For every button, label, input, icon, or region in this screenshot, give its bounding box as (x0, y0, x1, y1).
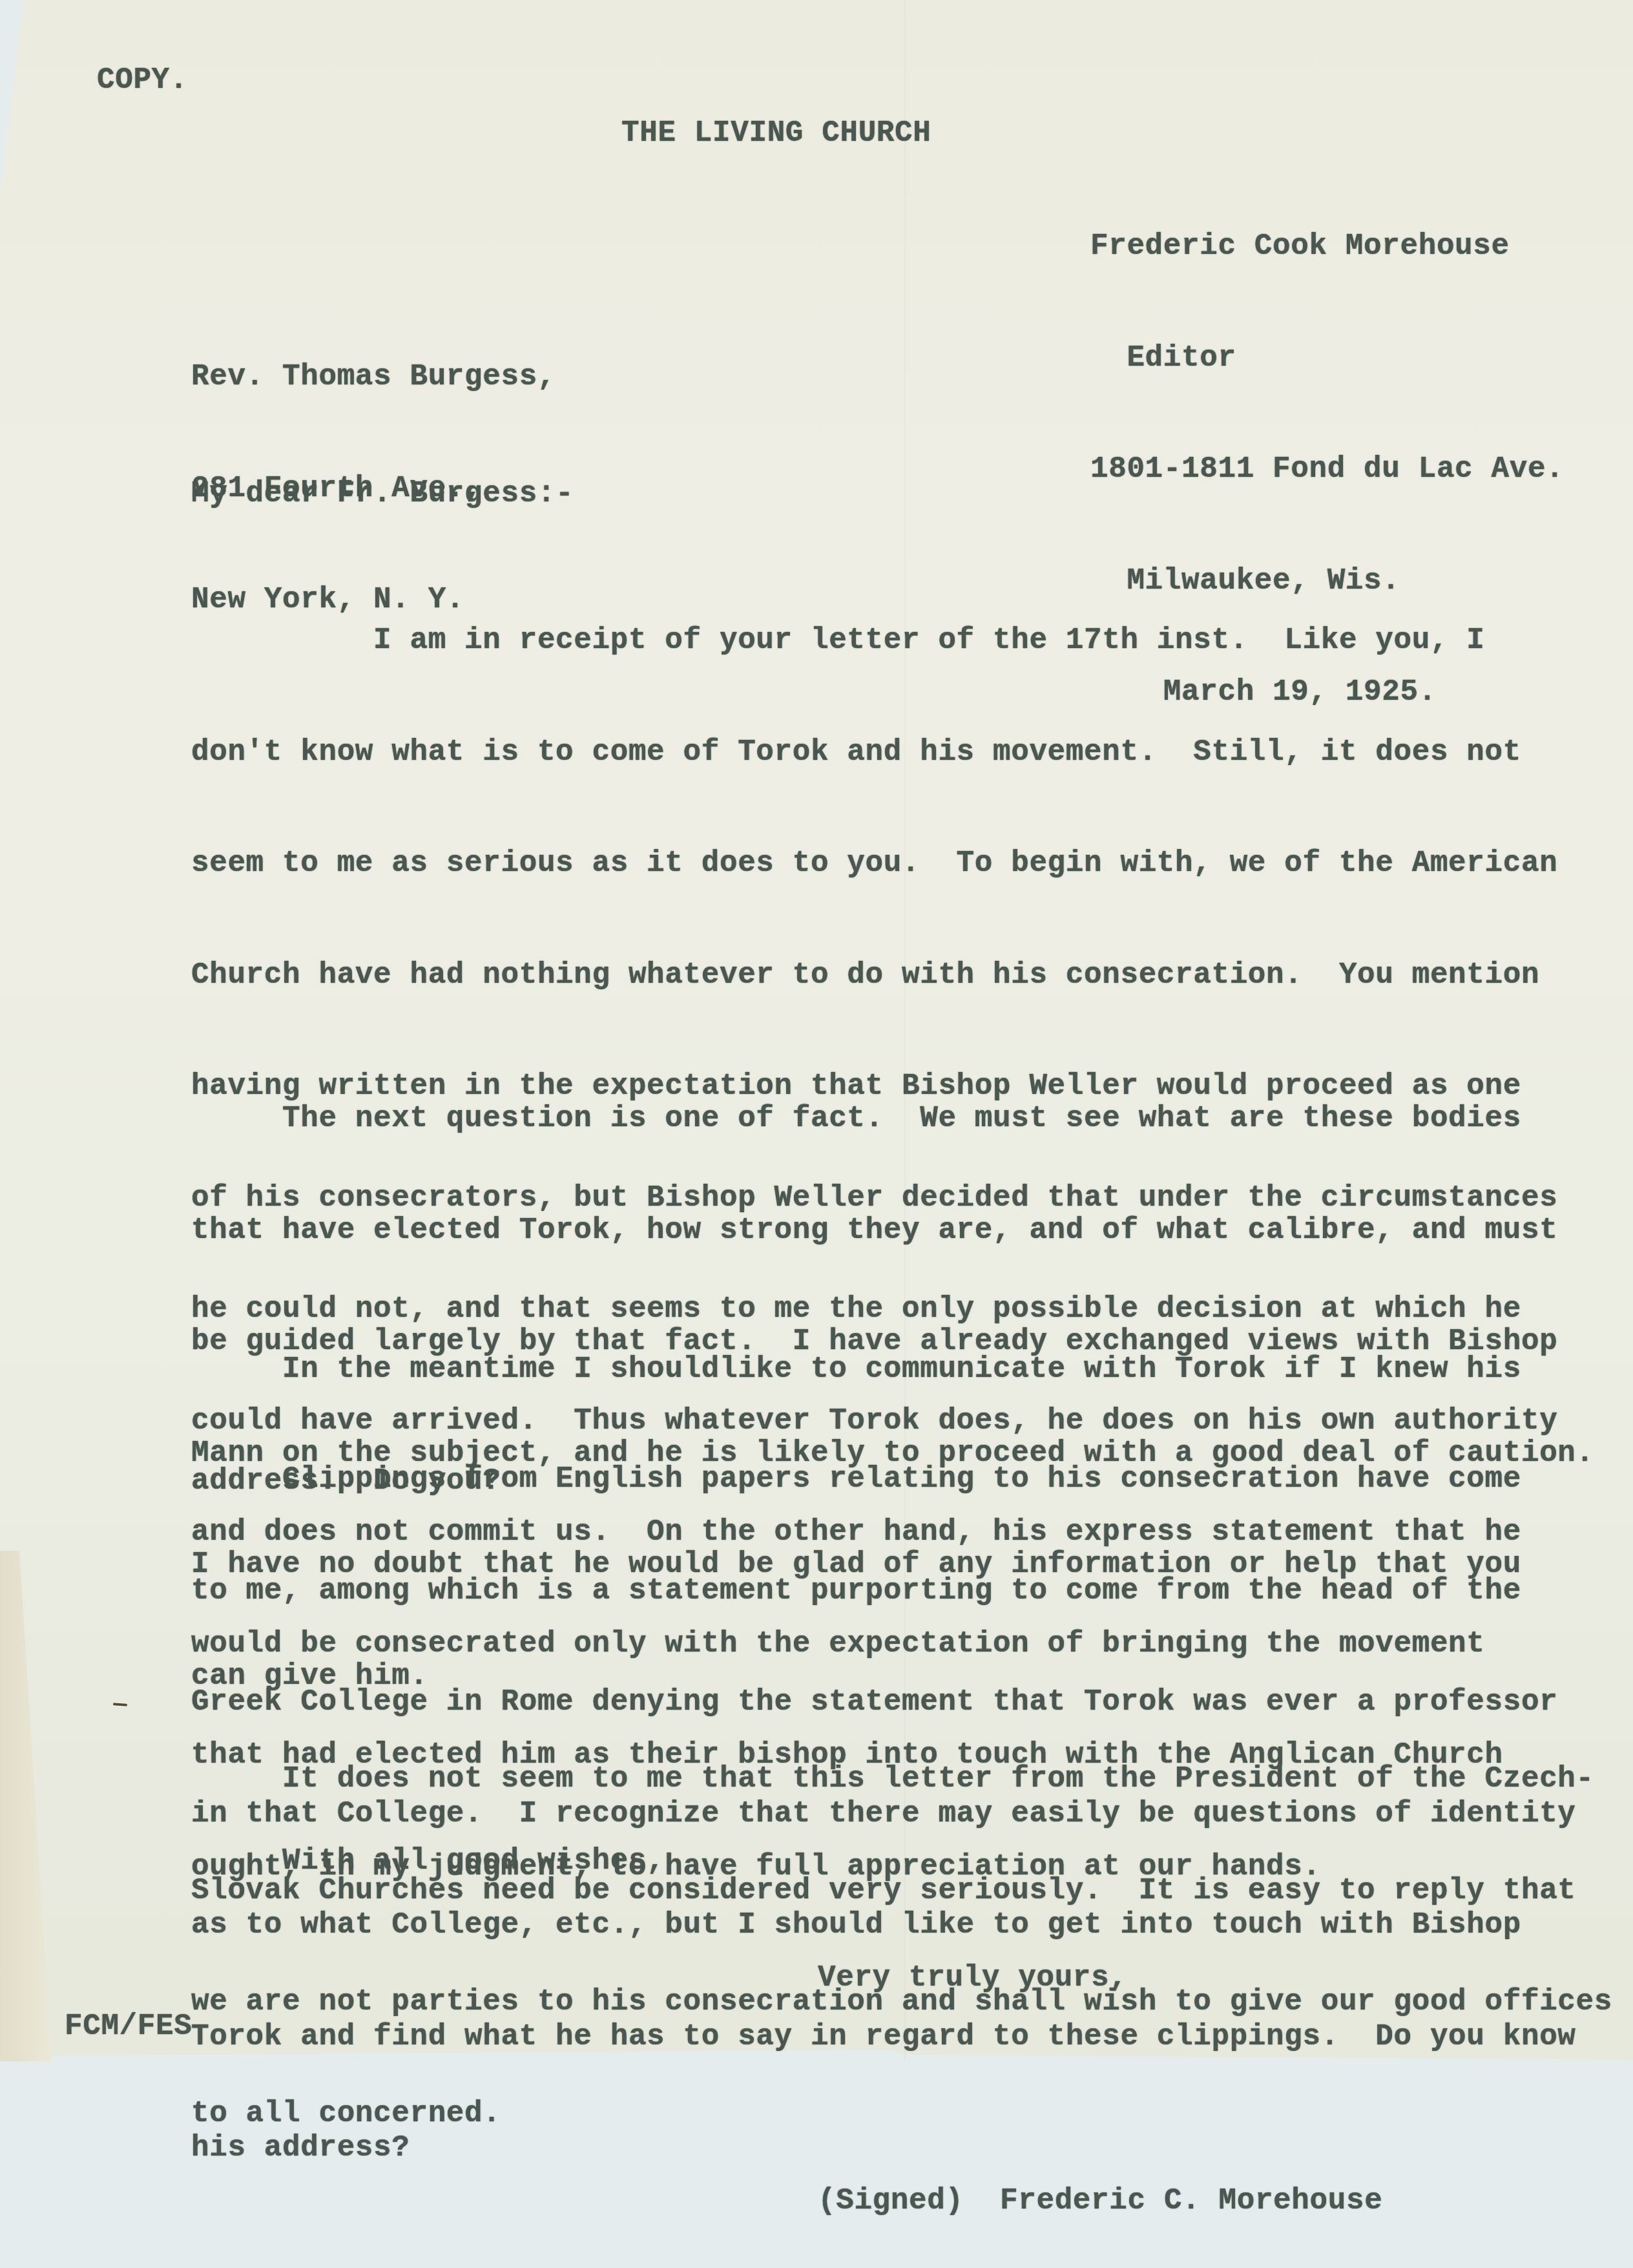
sender-address: 1801-1811 Fond du Lac Ave. (1090, 451, 1564, 488)
closing-wishes: With all good wishes, (191, 1843, 665, 1880)
body-line: It does not seem to me that this letter … (191, 1761, 1612, 1798)
sender-name: Frederic Cook Morehouse (1090, 228, 1564, 266)
signature: (Signed) Frederic C. Morehouse (818, 2183, 1382, 2220)
body-line: seem to me as serious as it does to you.… (191, 845, 1557, 883)
body-line: In the meantime I shouldlike to communic… (191, 1351, 1521, 1389)
copy-mark: COPY. (97, 62, 188, 100)
body-line: don't know what is to come of Torok and … (191, 734, 1557, 772)
body-line: to me, among which is a statement purpor… (191, 1573, 1576, 1610)
body-line: I am in receipt of your letter of the 17… (191, 622, 1557, 660)
recipient-name: Rev. Thomas Burgess, (191, 359, 556, 396)
body-line: Church have had nothing whatever to do w… (191, 957, 1557, 994)
body-line: that have elected Torok, how strong they… (191, 1212, 1594, 1250)
closing-block: Very truly yours, (Signed) Frederic C. M… (818, 1885, 1382, 2257)
closing-spacer (818, 2072, 1382, 2109)
body-line: Clippings from English papers relating t… (191, 1461, 1576, 1498)
sender-title: Editor (1090, 340, 1564, 377)
valediction: Very truly yours, (818, 1960, 1382, 1997)
reference-initials: FCM/FES (65, 2008, 192, 2046)
body-line: The next question is one of fact. We mus… (191, 1100, 1594, 1138)
masthead: THE LIVING CHURCH (621, 115, 931, 152)
salutation: My dear Fr. Burgess:- (191, 476, 574, 513)
